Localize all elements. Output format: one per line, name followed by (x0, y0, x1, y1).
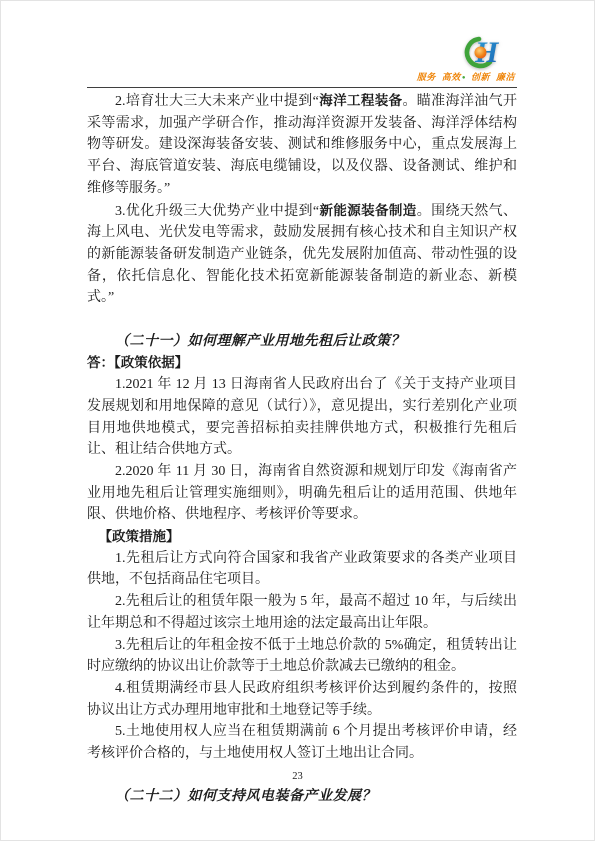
logo-slogan: 服务 高效● 创新 廉洁 (405, 70, 515, 83)
body-paragraph: 4.租赁期满经市县人民政府组织考核评价达到履约条件的，按照协议出让方式办理用地审… (87, 678, 517, 721)
document-page: H 服务 高效● 创新 廉洁 2.培育壮大三大未来产业中提到“海洋工程装备。瞄准… (0, 0, 595, 841)
text-run: 3.优化升级三大优势产业中提到“ (115, 204, 319, 219)
bold-text-run: 新能源装备制造 (319, 203, 417, 218)
body-paragraph: 5.土地使用权人应当在租赁期满前 6 个月提出考核评价申请，经考核评价合格的，与… (87, 721, 517, 764)
slogan-word: 高效 (442, 72, 461, 82)
page-number: 23 (292, 771, 303, 782)
text-run: 2.培育壮大三大未来产业中提到“ (115, 94, 319, 109)
header-divider (87, 87, 517, 88)
text-run: （二十二）如何支持风电装备产业发展？ (115, 789, 376, 804)
text-run: 3.先租后让的年租金按不低于土地总价款的 5%确定，租赁转出让时应缴纳的协议出让… (87, 638, 517, 675)
text-run: 2.先租后让的租赁年限一般为 5 年，最高不超过 10 年，与后续出让年期总和不… (87, 594, 517, 631)
section-heading: （二十一）如何理解产业用地先租后让政策？ (87, 331, 517, 353)
body-paragraph: 3.先租后让的年租金按不低于土地总价款的 5%确定，租赁转出让时应缴纳的协议出让… (87, 635, 517, 678)
body-paragraph: 2.先租后让的租赁年限一般为 5 年，最高不超过 10 年，与后续出让年期总和不… (87, 591, 517, 634)
green-dot-icon: ● (462, 75, 466, 81)
body-paragraph: 2.2020 年 11 月 30 日，海南省自然资源和规划厅印发《海南省产业用地… (87, 461, 517, 526)
slogan-word: 服务 (417, 72, 436, 82)
text-run: 4.租赁期满经市县人民政府组织考核评价达到履约条件的，按照协议出让方式办理用地审… (87, 681, 517, 718)
body-paragraph: 3.优化升级三大优势产业中提到“新能源装备制造。围绕天然气、海上风电、光伏发电等… (87, 200, 517, 310)
text-run: 答：【政策依据】 (87, 355, 188, 370)
text-run: 1.2021 年 12 月 13 日海南省人民政府出台了《关于支持产业项目发展规… (87, 377, 517, 457)
bold-text-run: 海洋工程装备 (319, 93, 403, 108)
answer-label: 答：【政策依据】 (87, 352, 517, 374)
body-paragraph: 1.2021 年 12 月 13 日海南省人民政府出台了《关于支持产业项目发展规… (87, 374, 517, 461)
text-run: 。瞄准海洋油气开采等需求，加强产学研合作，推动海洋资源开发装备、海洋浮体结构物等… (87, 94, 517, 196)
document-body: 2.培育壮大三大未来产业中提到“海洋工程装备。瞄准海洋油气开采等需求，加强产学研… (87, 90, 517, 808)
slogan-word: 创新 (471, 72, 490, 82)
logo-orange-ball (475, 47, 487, 59)
text-run: 5.土地使用权人应当在租赁期满前 6 个月提出考核评价申请，经考核评价合格的，与… (87, 724, 517, 761)
company-logo-icon: H (449, 35, 515, 69)
page-footer: 23 (1, 771, 594, 782)
body-paragraph: 2.培育壮大三大未来产业中提到“海洋工程装备。瞄准海洋油气开采等需求，加强产学研… (87, 90, 517, 200)
slogan-word: 廉洁 (496, 72, 515, 82)
header-logo-block: H 服务 高效● 创新 廉洁 (405, 35, 515, 83)
text-run: 【政策措施】 (98, 529, 179, 544)
section-heading: （二十二）如何支持风电装备产业发展？ (87, 786, 517, 808)
measures-label: 【政策措施】 (87, 526, 517, 548)
body-paragraph: 1.先租后让方式向符合国家和我省产业政策要求的各类产业项目供地，不包括商品住宅项… (87, 548, 517, 591)
text-run: 1.先租后让方式向符合国家和我省产业政策要求的各类产业项目供地，不包括商品住宅项… (87, 551, 517, 588)
text-run: （二十一）如何理解产业用地先租后让政策？ (115, 334, 405, 349)
text-run: 2.2020 年 11 月 30 日，海南省自然资源和规划厅印发《海南省产业用地… (87, 464, 517, 522)
